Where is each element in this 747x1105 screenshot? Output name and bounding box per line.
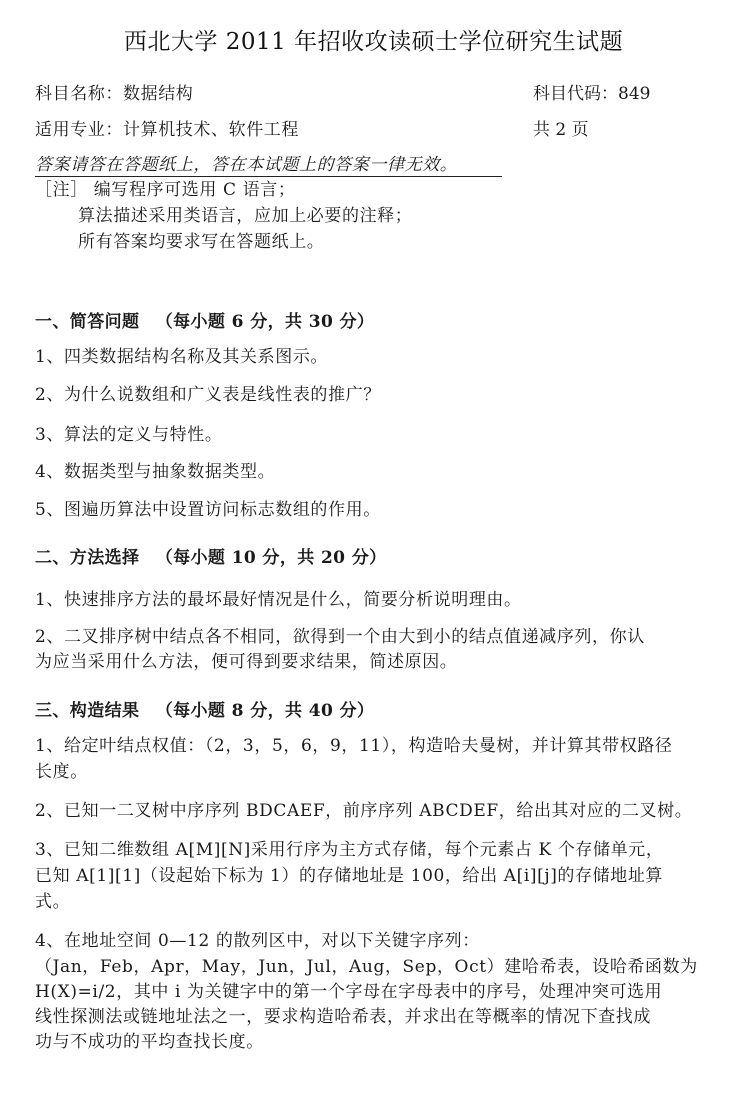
s3-question-4-line-4: 线性探测法或链地址法之一，要求构造哈希表，并求出在等概率的情况下查找成 [35, 1006, 651, 1028]
s1-question-3: 3、算法的定义与特性。 [35, 424, 222, 446]
s1-question-5: 5、图遍历算法中设置访问标志数组的作用。 [35, 499, 381, 521]
s3-question-4-line-1: 4、在地址空间 0—12 的散列区中，对以下关键字序列： [35, 930, 480, 952]
s3-question-3-line-3: 式。 [35, 891, 70, 913]
section-2-heading: 二、方法选择 （每小题 10 分，共 20 分） [35, 547, 387, 569]
subject-name: 科目名称：数据结构 [35, 83, 193, 105]
s3-question-3-line-1: 3、已知二维数组 A[M][N]采用行序为主方式存储，每个元素占 K 个存储单元… [35, 839, 663, 861]
page-count: 共 2 页 [533, 119, 589, 141]
s2-question-1: 1、快速排序方法的最坏最好情况是什么，简要分析说明理由。 [35, 589, 522, 611]
section-3-title: 三、构造结果 [35, 701, 139, 721]
subject-code: 科目代码：849 [533, 83, 650, 105]
section-3-points: （每小题 8 分，共 40 分） [156, 701, 375, 721]
section-1-heading: 一、简答问题 （每小题 6 分，共 30 分） [35, 311, 374, 333]
note-line-2: 算法描述采用类语言，应加上必要的注释； [78, 205, 412, 227]
exam-title: 西北大学 2011 年招收攻读硕士学位研究生试题 [0, 28, 747, 56]
s3-question-4-line-5: 功与不成功的平均查找长度。 [35, 1031, 264, 1053]
s1-question-4: 4、数据类型与抽象数据类型。 [35, 461, 275, 483]
note-line-1: ［注］ 编写程序可选用 C 语言； [35, 179, 295, 201]
section-1-title: 一、简答问题 [35, 312, 139, 332]
section-2-points: （每小题 10 分，共 20 分） [156, 548, 387, 568]
s3-question-1-line-2: 长度。 [35, 761, 88, 783]
applicable-majors: 适用专业：计算机技术、软件工程 [35, 119, 299, 141]
section-2-title: 二、方法选择 [35, 548, 139, 568]
s3-question-4-line-2: （Jan，Feb，Apr，May，Jun，Jul，Aug，Sep，Oct）建哈希… [35, 956, 698, 978]
answer-notice: 答案请答在答题纸上，答在本试题上的答案一律无效。 [35, 154, 502, 177]
s3-question-1-line-1: 1、给定叶结点权值：（2，3，5，6，9，11），构造哈夫曼树，并计算其带权路径 [35, 735, 673, 757]
s3-question-4-line-3: H(X)=i/2，其中 i 为关键字中的第一个字母在字母表中的序号，处理冲突可选… [35, 981, 662, 1003]
s2-question-2-line-2: 为应当采用什么方法，便可得到要求结果，简述原因。 [35, 651, 457, 673]
s2-question-2-line-1: 2、二叉排序树中结点各不相同，欲得到一个由大到小的结点值递减序列，你认 [35, 626, 645, 648]
s1-question-2: 2、为什么说数组和广义表是线性表的推广？ [35, 384, 381, 406]
section-3-heading: 三、构造结果 （每小题 8 分，共 40 分） [35, 700, 374, 722]
s3-question-3-line-2: 已知 A[1][1]（设起始下标为 1）的存储地址是 100，给出 A[i][j… [35, 865, 663, 887]
note-line-3: 所有答案均要求写在答题纸上。 [78, 231, 324, 253]
s1-question-1: 1、四类数据结构名称及其关系图示。 [35, 346, 328, 368]
s3-question-2: 2、已知一二叉树中序序列 BDCAEF，前序序列 ABCDEF，给出其对应的二叉… [35, 800, 692, 822]
section-1-points: （每小题 6 分，共 30 分） [156, 312, 375, 332]
